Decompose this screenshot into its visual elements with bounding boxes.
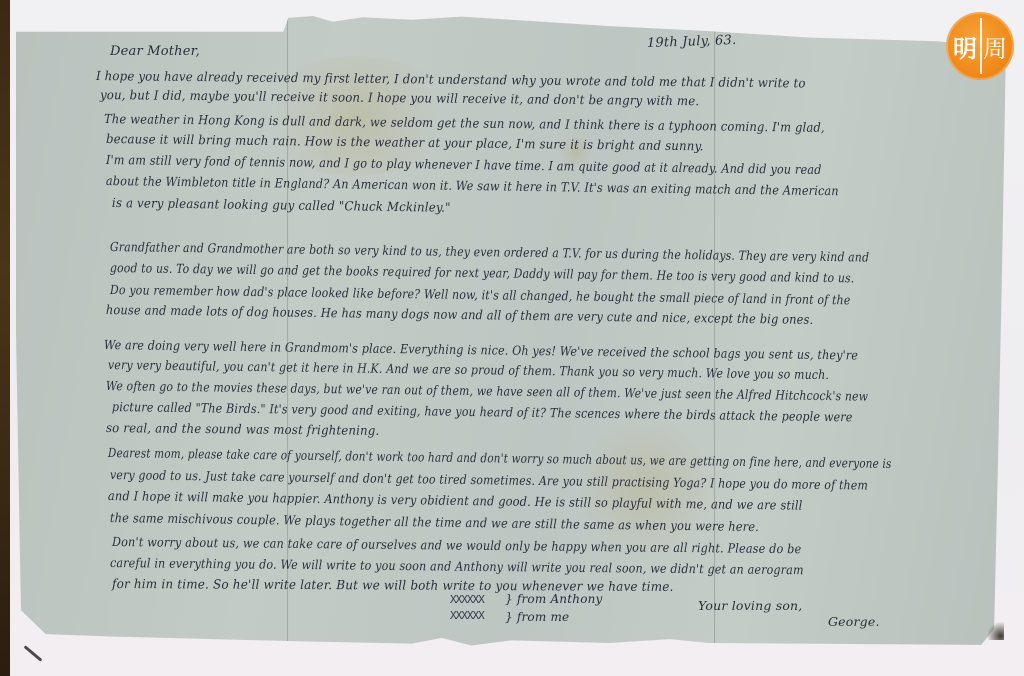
letter-signature: George. (828, 614, 880, 629)
desk-edge (0, 0, 10, 676)
logo-char-right: 周 (980, 29, 1010, 64)
letter-line: so real, and the sound was most frighten… (106, 420, 380, 438)
letter-date: 19th July, 63. (647, 33, 737, 51)
kisses-label: } from Anthony (505, 592, 603, 606)
publisher-logo: 明 周 (946, 12, 1014, 80)
letter-closing: Your loving son, (698, 598, 802, 613)
kisses-marks: XXXXXX (450, 610, 484, 622)
kisses-marks: XXXXXX (450, 594, 484, 606)
letter-salutation: Dear Mother, (110, 44, 200, 59)
logo-char-left: 明 (950, 29, 980, 64)
corner-damage (988, 620, 1004, 640)
kisses-label: } from me (505, 610, 569, 624)
